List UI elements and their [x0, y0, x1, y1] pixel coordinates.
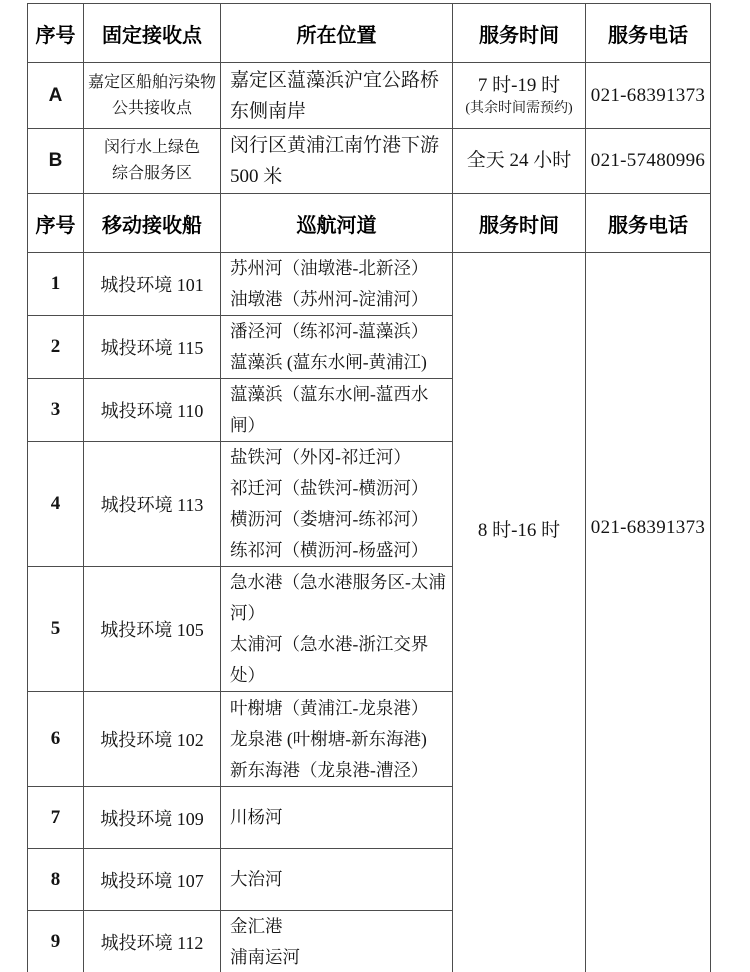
- ship-name-cell: 城投环境 110: [84, 379, 221, 442]
- fixed-point-name-line: 嘉定区船舶污染物: [84, 70, 220, 96]
- routes-cell: 川杨河: [221, 787, 453, 849]
- fixed-row-a: A 嘉定区船舶污染物 公共接收点 嘉定区蕰藻浜沪宜公路桥 东侧南岸 7 时-19…: [28, 63, 711, 129]
- ship-name-cell: 城投环境 107: [84, 849, 221, 911]
- route-line: 川杨河: [230, 802, 450, 833]
- fixed-header-row: 序号 固定接收点 所在位置 服务时间 服务电话: [28, 4, 711, 63]
- route-line: 龙泉港 (叶榭塘-新东海港): [230, 724, 450, 755]
- routes-cell: 叶榭塘（黄浦江-龙泉港） 龙泉港 (叶榭塘-新东海港) 新东海港（龙泉港-漕泾）: [221, 692, 453, 787]
- serial-cell: 3: [28, 379, 84, 442]
- route-line: 练祁河（横沥河-杨盛河）: [230, 535, 450, 566]
- location-line: 嘉定区蕰藻浜沪宜公路桥: [230, 65, 450, 96]
- route-line: 大治河: [230, 864, 450, 895]
- fixed-point-name-cell: 闵行水上绿色 综合服务区: [84, 129, 221, 194]
- location-cell: 闵行区黄浦江南竹港下游 500 米: [221, 129, 453, 194]
- ship-row-1: 1 城投环境 101 苏州河（油墩港-北新泾） 油墩港（苏州河-淀浦河） 8 时…: [28, 253, 711, 316]
- route-line: 祁迁河（盐铁河-横沥河）: [230, 473, 450, 504]
- serial-cell: 4: [28, 442, 84, 567]
- service-phone-cell: 021-57480996: [586, 129, 711, 194]
- fixed-row-b: B 闵行水上绿色 综合服务区 闵行区黄浦江南竹港下游 500 米 全天 24 小…: [28, 129, 711, 194]
- merged-service-phone-cell: 021-68391373: [586, 253, 711, 972]
- location-line: 闵行区黄浦江南竹港下游: [230, 130, 450, 161]
- serial-cell: 1: [28, 253, 84, 316]
- route-line: 叶榭塘（黄浦江-龙泉港）: [230, 693, 450, 724]
- location-line: 东侧南岸: [230, 96, 450, 127]
- route-line: 横沥河（娄塘河-练祁河）: [230, 504, 450, 535]
- routes-cell: 急水港（急水港服务区-太浦河） 太浦河（急水港-浙江交界处）: [221, 567, 453, 692]
- fixed-header-serial: 序号: [28, 4, 84, 63]
- ship-name-cell: 城投环境 115: [84, 316, 221, 379]
- fixed-point-name-line: 公共接收点: [84, 96, 220, 122]
- fixed-header-service-phone: 服务电话: [586, 4, 711, 63]
- routes-cell: 苏州河（油墩港-北新泾） 油墩港（苏州河-淀浦河）: [221, 253, 453, 316]
- route-line: 蕰藻浜 (蕰东水闸-黄浦江): [230, 347, 450, 378]
- serial-cell: 9: [28, 911, 84, 972]
- ship-name-cell: 城投环境 113: [84, 442, 221, 567]
- route-line: 太浦河（急水港-浙江交界处）: [230, 629, 450, 691]
- service-time-cell: 全天 24 小时: [453, 129, 586, 194]
- mobile-header-route: 巡航河道: [221, 194, 453, 253]
- fixed-header-service-time: 服务时间: [453, 4, 586, 63]
- ship-name-cell: 城投环境 109: [84, 787, 221, 849]
- fixed-header-point: 固定接收点: [84, 4, 221, 63]
- route-line: 潘泾河（练祁河-蕰藻浜）: [230, 316, 450, 347]
- serial-cell: 5: [28, 567, 84, 692]
- serial-cell: 8: [28, 849, 84, 911]
- routes-cell: 盐铁河（外冈-祁迁河） 祁迁河（盐铁河-横沥河） 横沥河（娄塘河-练祁河） 练祁…: [221, 442, 453, 567]
- routes-cell: 金汇港 浦南运河: [221, 911, 453, 972]
- service-phone-cell: 021-68391373: [586, 63, 711, 129]
- fixed-point-name-line: 综合服务区: [84, 161, 220, 187]
- service-time-note: (其余时间需预约): [453, 99, 585, 119]
- routes-cell: 潘泾河（练祁河-蕰藻浜） 蕰藻浜 (蕰东水闸-黄浦江): [221, 316, 453, 379]
- route-line: 急水港（急水港服务区-太浦河）: [230, 567, 450, 629]
- route-line: 盐铁河（外冈-祁迁河）: [230, 442, 450, 473]
- mobile-header-row: 序号 移动接收船 巡航河道 服务时间 服务电话: [28, 194, 711, 253]
- location-cell: 嘉定区蕰藻浜沪宜公路桥 东侧南岸: [221, 63, 453, 129]
- merged-service-time-cell: 8 时-16 时: [453, 253, 586, 972]
- mobile-header-service-phone: 服务电话: [586, 194, 711, 253]
- mobile-header-ship: 移动接收船: [84, 194, 221, 253]
- service-time-main: 7 时-19 时: [453, 73, 585, 99]
- ship-name-cell: 城投环境 102: [84, 692, 221, 787]
- routes-cell: 蕰藻浜（蕰东水闸-蕰西水闸）: [221, 379, 453, 442]
- fixed-point-name-cell: 嘉定区船舶污染物 公共接收点: [84, 63, 221, 129]
- mobile-header-serial: 序号: [28, 194, 84, 253]
- route-line: 金汇港: [230, 911, 450, 942]
- serial-cell: A: [28, 63, 84, 129]
- route-line: 苏州河（油墩港-北新泾）: [230, 253, 450, 284]
- route-line: 浦南运河: [230, 942, 450, 972]
- routes-cell: 大治河: [221, 849, 453, 911]
- reception-points-table: 序号 固定接收点 所在位置 服务时间 服务电话 A 嘉定区船舶污染物 公共接收点…: [27, 3, 711, 972]
- fixed-header-location: 所在位置: [221, 4, 453, 63]
- service-time-main: 全天 24 小时: [453, 148, 585, 174]
- ship-name-cell: 城投环境 105: [84, 567, 221, 692]
- ship-name-cell: 城投环境 112: [84, 911, 221, 972]
- route-line: 蕰藻浜（蕰东水闸-蕰西水闸）: [230, 379, 450, 441]
- service-time-cell: 7 时-19 时 (其余时间需预约): [453, 63, 586, 129]
- location-line: 500 米: [230, 161, 450, 192]
- serial-cell: B: [28, 129, 84, 194]
- fixed-point-name-line: 闵行水上绿色: [84, 135, 220, 161]
- route-line: 新东海港（龙泉港-漕泾）: [230, 755, 450, 786]
- route-line: 油墩港（苏州河-淀浦河）: [230, 284, 450, 315]
- ship-name-cell: 城投环境 101: [84, 253, 221, 316]
- serial-cell: 6: [28, 692, 84, 787]
- serial-cell: 7: [28, 787, 84, 849]
- serial-cell: 2: [28, 316, 84, 379]
- mobile-header-service-time: 服务时间: [453, 194, 586, 253]
